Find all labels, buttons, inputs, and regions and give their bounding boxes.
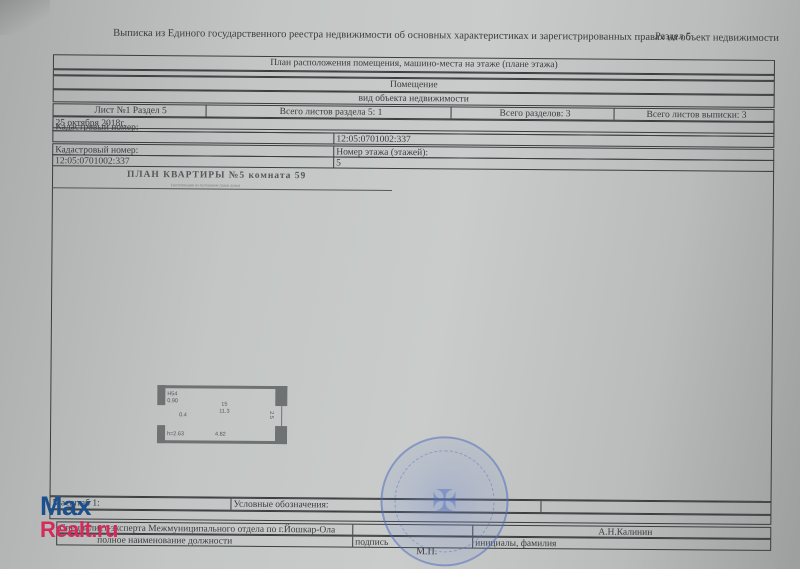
ceiling-height: h=2.63 — [167, 431, 184, 437]
name-caption: инициалы, фамилия — [472, 538, 775, 550]
watermark-realt: Realt.ru — [40, 518, 118, 542]
room-area: 11.3 — [219, 409, 229, 415]
wall-left-lower — [157, 425, 165, 443]
total-sections: Всего разделов: 3 — [451, 107, 617, 119]
official-seal: ✠ — [380, 436, 509, 567]
section-label: Раздел 5 — [655, 31, 691, 42]
room-depth: 2.5 — [268, 411, 274, 419]
floor-plan-drawing: Н54 0.90 0.4 15 11.3 h=2.63 4.82 2.5 — [157, 385, 287, 444]
total-sheets-extract: Всего листов выписки: 3 — [614, 109, 777, 121]
room-number: 15 — [221, 402, 227, 408]
watermark-max: Max — [40, 494, 118, 518]
object-type-caption: вид объекта недвижимости — [358, 94, 468, 105]
object-type: Помещение — [390, 80, 438, 90]
wall-left-upper — [157, 385, 165, 405]
plan-subtitle: План расположения помещения, машино-мест… — [270, 58, 558, 70]
watermark-logo: Max Realt.ru — [40, 494, 118, 542]
coat-of-arms-icon: ✠ — [432, 484, 457, 519]
plan-caption: (экспликация на поэтажном плане дома) — [171, 182, 240, 188]
plan-label-corner: Н54 — [167, 391, 177, 397]
plan-label-left: 0.4 — [179, 412, 187, 418]
document-page: Выписка из Единого государственного реес… — [0, 0, 800, 569]
cadastral-value-1: 12:05:0701002:337 — [333, 133, 776, 146]
wall-right-lower — [275, 426, 287, 444]
window-line — [281, 406, 282, 426]
stamp-label: М.П. — [416, 546, 437, 557]
plan-label-corner-2: 0.90 — [167, 398, 178, 404]
total-sheets-section: Всего листов раздела 5: 1 — [206, 105, 454, 118]
room-width: 4.82 — [215, 432, 226, 438]
sheet-number: Лист №1 Раздел 5 — [54, 104, 206, 116]
wall-top — [157, 385, 287, 389]
plan-title: ПЛАН КВАРТИРЫ №5 комната 59 — [127, 170, 306, 181]
legend-empty — [540, 501, 773, 514]
wall-right-upper — [275, 386, 287, 406]
